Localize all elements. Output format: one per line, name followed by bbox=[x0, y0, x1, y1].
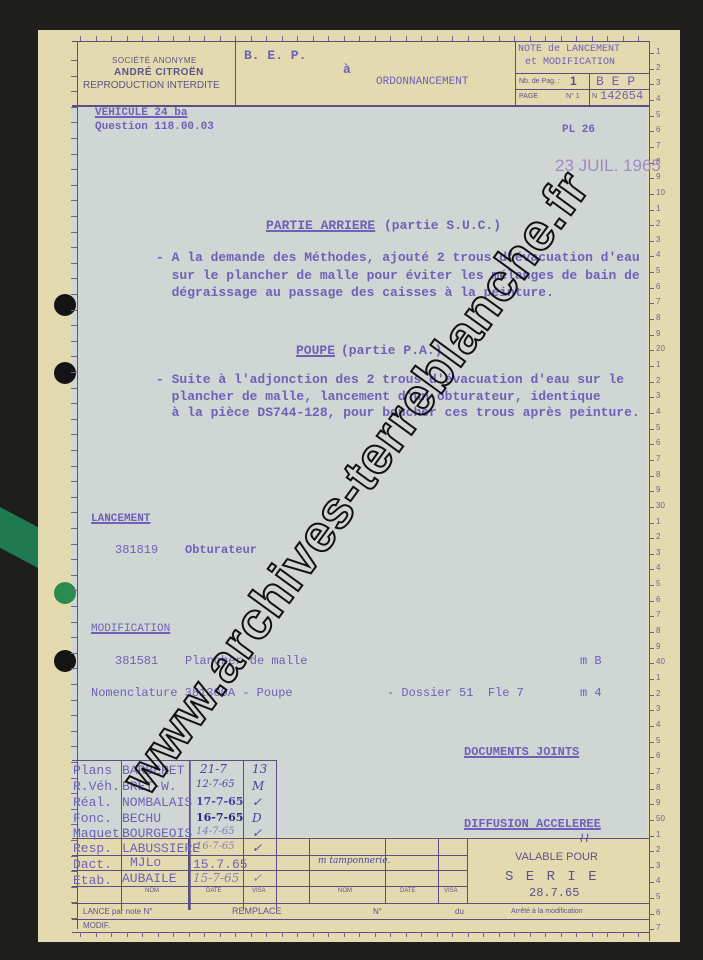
ruler-number: 2 bbox=[656, 63, 660, 72]
ruler-number: 1 bbox=[656, 360, 660, 369]
section-title: PARTIE ARRIERE bbox=[266, 218, 375, 233]
ruler-number: 3 bbox=[656, 235, 660, 244]
section-subtitle: (partie S.U.C.) bbox=[384, 218, 501, 233]
ruler-tick bbox=[142, 932, 143, 937]
ruler-number: 9 bbox=[656, 798, 660, 807]
ruler-number: 7 bbox=[656, 454, 660, 463]
doc-type-line-1: NOTE de LANCEMENT bbox=[518, 44, 620, 55]
to-prefix: à bbox=[343, 62, 351, 77]
ruler-number: 3 bbox=[656, 548, 660, 557]
ruler-tick bbox=[390, 932, 391, 937]
validity-serie: S E R I E bbox=[505, 869, 599, 885]
ruler-tick bbox=[452, 36, 453, 41]
ruler-tick bbox=[173, 36, 174, 41]
ruler-tick bbox=[649, 882, 654, 883]
ruler-tick bbox=[251, 932, 252, 937]
ruler-tick bbox=[649, 616, 654, 617]
ruler-tick bbox=[649, 789, 654, 790]
ruler-tick bbox=[545, 36, 546, 41]
sig-date: 21-7 bbox=[200, 762, 227, 776]
ruler-tick bbox=[71, 528, 77, 529]
col2-visa-label: VISA bbox=[444, 888, 458, 894]
ruler-tick bbox=[111, 36, 112, 41]
sig-visa: D bbox=[252, 811, 262, 825]
paragraph-line: - A la demande des Méthodes, ajouté 2 tr… bbox=[156, 250, 640, 265]
ruler-tick bbox=[71, 247, 77, 248]
ruler-tick bbox=[71, 388, 77, 389]
sig-table-h3 bbox=[72, 886, 467, 887]
ruler-tick bbox=[71, 700, 77, 701]
sig-visa: M bbox=[252, 779, 264, 793]
ruler-tick bbox=[390, 36, 391, 41]
ruler-tick bbox=[71, 840, 77, 841]
ruler-tick bbox=[649, 476, 654, 477]
sig-visa: ✓ bbox=[252, 841, 262, 855]
sig-role: Etab. bbox=[73, 873, 112, 888]
ruler-tick bbox=[649, 757, 654, 758]
ruler-tick bbox=[649, 413, 654, 414]
ruler-tick bbox=[127, 36, 128, 41]
col2-date-label: DATE bbox=[400, 888, 416, 894]
note-number: 142654 bbox=[600, 89, 643, 103]
ruler-tick bbox=[71, 138, 77, 139]
ruler-tick bbox=[421, 932, 422, 937]
sig-col2-v2 bbox=[385, 838, 386, 903]
ruler-number: 8 bbox=[656, 470, 660, 479]
pl-ref: PL 26 bbox=[562, 124, 595, 136]
header-divider-1 bbox=[235, 41, 236, 106]
dossier: - Dossier 51 Fle 7 bbox=[387, 686, 524, 700]
sig-col2-v3 bbox=[438, 838, 439, 903]
sig-name: MJLo bbox=[130, 855, 161, 870]
ruler-tick bbox=[71, 653, 77, 654]
ruler-number: 6 bbox=[656, 282, 660, 291]
ruler-tick bbox=[204, 932, 205, 937]
ruler-tick bbox=[649, 256, 654, 257]
ruler-tick bbox=[71, 341, 77, 342]
modif-label: MODIF. bbox=[83, 921, 110, 930]
ruler-tick bbox=[71, 263, 77, 264]
ruler-tick bbox=[80, 36, 81, 41]
sig-date: 15-7-65 bbox=[193, 871, 239, 885]
ruler-tick bbox=[266, 36, 267, 41]
ruler-tick bbox=[71, 824, 77, 825]
ruler-tick bbox=[561, 932, 562, 937]
col-nom-label: NOM bbox=[145, 888, 159, 894]
ruler-tick bbox=[649, 303, 654, 304]
sig-date: 16-7-65 bbox=[196, 841, 235, 852]
ruler-tick bbox=[649, 444, 654, 445]
ruler-tick bbox=[638, 36, 639, 41]
punch-hole bbox=[54, 582, 76, 604]
ruler-number: 1 bbox=[656, 204, 660, 213]
ruler-tick bbox=[71, 902, 77, 903]
sig-date: 14-7-65 bbox=[196, 826, 235, 837]
ruler-tick bbox=[71, 154, 77, 155]
ruler-tick bbox=[649, 742, 654, 743]
ruler-tick bbox=[649, 163, 654, 164]
sig-visa: ✓ bbox=[252, 826, 262, 840]
ruler-number: 5 bbox=[656, 892, 660, 901]
ruler-number: 40 bbox=[656, 657, 665, 666]
dept-code: B E P bbox=[596, 74, 635, 89]
ruler-tick bbox=[328, 36, 329, 41]
ruler-tick bbox=[592, 932, 593, 937]
ruler-tick bbox=[71, 778, 77, 779]
ruler-tick bbox=[623, 932, 624, 937]
ruler-tick bbox=[142, 36, 143, 41]
sig-role: Resp. bbox=[73, 841, 112, 856]
ruler-tick bbox=[421, 36, 422, 41]
ruler-tick bbox=[71, 544, 77, 545]
part-ref: 381819 bbox=[115, 543, 158, 557]
ruler-tick bbox=[375, 36, 376, 41]
ruler-tick bbox=[204, 36, 205, 41]
ruler-tick bbox=[71, 76, 77, 77]
ruler-tick bbox=[649, 710, 654, 711]
nb-pages-label: Nb. de Pag. : bbox=[519, 78, 560, 85]
ruler-tick bbox=[499, 932, 500, 937]
ruler-tick bbox=[71, 887, 77, 888]
ruler-tick bbox=[649, 538, 654, 539]
ruler-tick bbox=[483, 36, 484, 41]
ruler-tick bbox=[649, 460, 654, 461]
ruler-number: 7 bbox=[656, 297, 660, 306]
ruler-tick bbox=[71, 762, 77, 763]
ruler-tick bbox=[71, 731, 77, 732]
nb-pages-value: 1 bbox=[570, 74, 577, 88]
ruler-tick bbox=[649, 382, 654, 383]
ruler-tick bbox=[344, 36, 345, 41]
ruler-tick bbox=[71, 512, 77, 513]
ruler-number: 6 bbox=[656, 438, 660, 447]
ruler-number: 1 bbox=[656, 47, 660, 56]
ruler-tick bbox=[71, 200, 77, 201]
ruler-tick bbox=[189, 932, 190, 937]
ruler-tick bbox=[468, 36, 469, 41]
sig-date: 12-7-65 bbox=[196, 779, 235, 790]
ruler-tick bbox=[406, 36, 407, 41]
validity-label: VALABLE POUR bbox=[515, 851, 598, 863]
question-ref: Question 118.00.03 bbox=[95, 121, 214, 133]
ruler-number: 8 bbox=[656, 783, 660, 792]
ruler-tick bbox=[649, 867, 654, 868]
ruler-number: 2 bbox=[656, 532, 660, 541]
ruler-tick bbox=[649, 131, 654, 132]
ruler-tick bbox=[71, 715, 77, 716]
ruler-tick bbox=[649, 147, 654, 148]
ruler-number: 3 bbox=[656, 391, 660, 400]
ruler-tick bbox=[514, 932, 515, 937]
ruler-tick bbox=[71, 325, 77, 326]
ruler-tick bbox=[649, 632, 654, 633]
ruler-tick bbox=[71, 871, 77, 872]
ruler-tick bbox=[71, 466, 77, 467]
ruler-tick bbox=[71, 356, 77, 357]
ruler-tick bbox=[406, 932, 407, 937]
ruler-number: 8 bbox=[656, 157, 660, 166]
ruler-number: 3 bbox=[656, 704, 660, 713]
ruler-tick bbox=[220, 932, 221, 937]
ruler-number: 3 bbox=[656, 861, 660, 870]
number-prefix: N bbox=[592, 93, 597, 100]
ruler-tick bbox=[71, 809, 77, 810]
ruler-number: 7 bbox=[656, 610, 660, 619]
ruler-tick bbox=[649, 366, 654, 367]
ruler-number: 1 bbox=[656, 673, 660, 682]
ruler-tick bbox=[71, 419, 77, 420]
ruler-tick bbox=[468, 932, 469, 937]
ruler-number: 50 bbox=[656, 814, 665, 823]
documents-joints: DOCUMENTS JOINTS bbox=[464, 745, 579, 759]
sig-visa: ✓ bbox=[252, 871, 262, 885]
ruler-number: 2 bbox=[656, 689, 660, 698]
col2-note: m tamponnerie. bbox=[318, 856, 390, 866]
ruler-number: 30 bbox=[656, 501, 665, 510]
sig-date: 16-7-65 bbox=[196, 811, 243, 824]
ruler-tick bbox=[607, 932, 608, 937]
ruler-number: 2 bbox=[656, 376, 660, 385]
diffusion: DIFFUSION ACCELEREE bbox=[464, 817, 601, 831]
ruler-tick bbox=[71, 606, 77, 607]
ruler-tick bbox=[649, 507, 654, 508]
part-label: Obturateur bbox=[185, 543, 257, 557]
ruler-tick bbox=[71, 590, 77, 591]
ruler-tick bbox=[71, 310, 77, 311]
ruler-tick bbox=[649, 335, 654, 336]
ruler-tick bbox=[297, 932, 298, 937]
ruler-number: 5 bbox=[656, 736, 660, 745]
ruler-tick bbox=[282, 932, 283, 937]
ruler-number: 4 bbox=[656, 876, 660, 885]
footer-h1 bbox=[72, 919, 649, 920]
sig-date: 15.7.65 bbox=[193, 857, 248, 872]
ruler-tick bbox=[649, 836, 654, 837]
ruler-number: 2 bbox=[656, 219, 660, 228]
ruler-tick bbox=[649, 569, 654, 570]
ruler-number: 7 bbox=[656, 923, 660, 932]
ruler-tick bbox=[251, 36, 252, 41]
ruler-tick bbox=[649, 851, 654, 852]
ruler-tick bbox=[623, 36, 624, 41]
ruler-tick bbox=[452, 932, 453, 937]
company-name: ANDRÉ CITROËN bbox=[114, 67, 204, 78]
ruler-tick bbox=[158, 932, 159, 937]
validity-date: 28.7.65 bbox=[529, 886, 579, 900]
ruler-number: 8 bbox=[656, 626, 660, 635]
sig-role: Maquet. bbox=[73, 826, 128, 841]
ruler-tick bbox=[649, 695, 654, 696]
ruler-number: 5 bbox=[656, 266, 660, 275]
sig-visa: 13 bbox=[252, 762, 267, 776]
ruler-tick bbox=[71, 497, 77, 498]
no-label: N° bbox=[373, 907, 382, 916]
ruler-tick bbox=[71, 294, 77, 295]
ruler-tick bbox=[649, 726, 654, 727]
ruler-tick bbox=[71, 403, 77, 404]
ruler-tick bbox=[359, 932, 360, 937]
sig-table-v4 bbox=[243, 760, 244, 910]
ruler-tick bbox=[96, 932, 97, 937]
du-label: du bbox=[455, 907, 464, 916]
ruler-tick bbox=[545, 932, 546, 937]
ruler-tick bbox=[71, 622, 77, 623]
ruler-tick bbox=[649, 116, 654, 117]
ruler-tick bbox=[649, 820, 654, 821]
ruler-tick bbox=[71, 60, 77, 61]
ruler-tick bbox=[592, 36, 593, 41]
ruler-tick bbox=[649, 914, 654, 915]
ruler-tick bbox=[80, 932, 81, 937]
col-date-label: DATE bbox=[206, 888, 222, 894]
ruler-tick bbox=[297, 36, 298, 41]
ruler-tick bbox=[576, 932, 577, 937]
sig-date: 17-7-65 bbox=[196, 795, 243, 808]
validity-signature: ⌇⌇ bbox=[578, 832, 589, 845]
ruler-number: 4 bbox=[656, 720, 660, 729]
ruler-tick bbox=[649, 663, 654, 664]
ruler-number: 9 bbox=[656, 485, 660, 494]
ruler-number: 6 bbox=[656, 595, 660, 604]
ruler-tick bbox=[561, 36, 562, 41]
ruler-tick bbox=[344, 932, 345, 937]
ruler-number: 5 bbox=[656, 579, 660, 588]
footer-h2 bbox=[72, 932, 649, 933]
ruler-tick bbox=[649, 350, 654, 351]
sig-name: BOURGEOIS bbox=[122, 826, 192, 841]
lance-label: LANCE par note N° bbox=[83, 907, 152, 916]
ruler-number: 4 bbox=[656, 563, 660, 572]
ruler-tick bbox=[71, 434, 77, 435]
ruler-tick bbox=[649, 100, 654, 101]
page-no-label: N° 1 bbox=[566, 93, 580, 100]
to-dept: ORDONNANCEMENT bbox=[376, 76, 468, 88]
ruler-number: 9 bbox=[656, 172, 660, 181]
ruler-tick bbox=[649, 491, 654, 492]
ruler-number: 5 bbox=[656, 423, 660, 432]
ruler-tick bbox=[71, 668, 77, 669]
ruler-tick bbox=[71, 637, 77, 638]
frame-top bbox=[72, 41, 649, 42]
ruler-tick bbox=[96, 36, 97, 41]
ruler-tick bbox=[220, 36, 221, 41]
ruler-tick bbox=[649, 601, 654, 602]
ruler-tick bbox=[649, 241, 654, 242]
sig-name: BECHU bbox=[122, 811, 161, 826]
sig-visa: ✓ bbox=[252, 795, 262, 809]
ruler-tick bbox=[71, 122, 77, 123]
ruler-tick bbox=[649, 397, 654, 398]
ruler-tick bbox=[173, 932, 174, 937]
section-title: POUPE bbox=[296, 343, 335, 358]
punch-hole bbox=[54, 362, 76, 384]
ruler-tick bbox=[71, 856, 77, 857]
sig-table-v5 bbox=[276, 760, 277, 910]
page-label: PAGE bbox=[519, 93, 538, 100]
ruler-number: 7 bbox=[656, 767, 660, 776]
ruler-tick bbox=[649, 429, 654, 430]
ruler-tick bbox=[313, 36, 314, 41]
ruler-number: 9 bbox=[656, 329, 660, 338]
ruler-number: 4 bbox=[656, 94, 660, 103]
ruler-tick bbox=[649, 585, 654, 586]
ruler-tick bbox=[649, 225, 654, 226]
ruler-tick bbox=[530, 932, 531, 937]
sig-name: LABUSSIERE bbox=[122, 841, 200, 856]
ruler-tick bbox=[71, 185, 77, 186]
ruler-number: 9 bbox=[656, 642, 660, 651]
ruler-tick bbox=[111, 932, 112, 937]
ruler-tick bbox=[71, 216, 77, 217]
ruler-tick bbox=[649, 53, 654, 54]
col2-nom-label: NOM bbox=[338, 888, 352, 894]
ruler-tick bbox=[649, 648, 654, 649]
sig-role: Plans bbox=[73, 763, 112, 778]
ruler-tick bbox=[649, 69, 654, 70]
doc-type-line-2: et MODIFICATION bbox=[525, 57, 615, 68]
ruler-tick bbox=[437, 932, 438, 937]
ruler-number: 8 bbox=[656, 313, 660, 322]
sig-role: R.Véh. bbox=[73, 779, 120, 794]
ruler-tick bbox=[189, 36, 190, 41]
ruler-tick bbox=[437, 36, 438, 41]
ruler-tick bbox=[649, 272, 654, 273]
sig-role: Dact. bbox=[73, 857, 112, 872]
ruler-tick bbox=[649, 554, 654, 555]
arrete-label: Arrêté à la modification bbox=[511, 908, 583, 915]
ruler-tick bbox=[483, 932, 484, 937]
remplace-label: REMPLACE bbox=[232, 906, 282, 916]
paragraph-line: sur le plancher de malle pour éviter les… bbox=[156, 268, 640, 283]
ruler-tick bbox=[313, 932, 314, 937]
sig-role: Réal. bbox=[73, 795, 112, 810]
ruler-tick bbox=[71, 684, 77, 685]
ruler-tick bbox=[71, 169, 77, 170]
ruler-tick bbox=[71, 107, 77, 108]
nomenclature-code: m 4 bbox=[580, 686, 602, 700]
ruler-number: 3 bbox=[656, 78, 660, 87]
modification-title: MODIFICATION bbox=[91, 623, 170, 635]
ruler-tick bbox=[71, 450, 77, 451]
ruler-tick bbox=[649, 319, 654, 320]
ruler-tick bbox=[359, 36, 360, 41]
ruler-tick bbox=[649, 288, 654, 289]
sig-col2-v1 bbox=[309, 838, 310, 903]
from-dept: B. E. P. bbox=[244, 48, 306, 63]
company-line-1: SOCIÉTÉ ANONYME bbox=[112, 56, 197, 65]
ruler-number: 4 bbox=[656, 407, 660, 416]
ruler-tick bbox=[71, 372, 77, 373]
ruler-tick bbox=[649, 773, 654, 774]
part-ref: 381581 bbox=[115, 654, 158, 668]
ruler-number: 20 bbox=[656, 344, 665, 353]
company-line-3: REPRODUCTION INTERDITE bbox=[83, 80, 220, 91]
ruler-tick bbox=[649, 804, 654, 805]
ruler-tick bbox=[638, 932, 639, 937]
sig-table-bottom bbox=[72, 903, 649, 904]
ruler-tick bbox=[649, 523, 654, 524]
ruler-tick bbox=[235, 932, 236, 937]
ruler-tick bbox=[235, 36, 236, 41]
ruler-tick bbox=[649, 178, 654, 179]
ruler-tick bbox=[576, 36, 577, 41]
lancement-title: LANCEMENT bbox=[91, 513, 150, 525]
sig-name: AUBAILE bbox=[122, 871, 177, 886]
ruler-tick bbox=[71, 559, 77, 560]
vehicle-ref: VEHICULE 24 ba bbox=[95, 107, 187, 119]
ruler-tick bbox=[71, 575, 77, 576]
ruler-tick bbox=[71, 232, 77, 233]
